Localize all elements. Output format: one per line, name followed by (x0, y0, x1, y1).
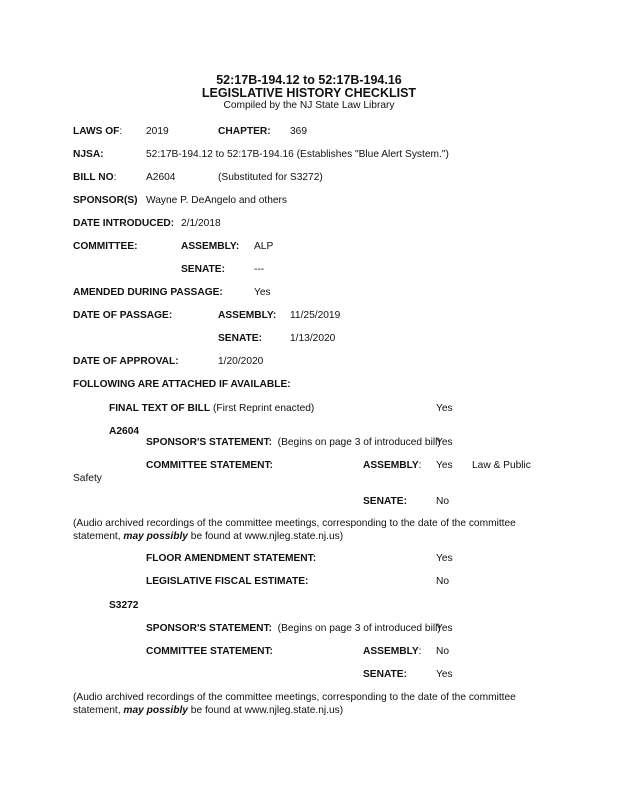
a2604-floor-amendment-label: FLOOR AMENDMENT STATEMENT: (146, 553, 316, 564)
committee-assembly-value: ALP (254, 241, 273, 252)
a2604-committee-senate-value: No (436, 496, 449, 507)
passage-assembly-value: 11/25/2019 (290, 310, 340, 321)
a2604-committee-assembly-value: Yes (436, 460, 453, 471)
passage-senate-value: 1/13/2020 (290, 333, 335, 344)
passage-assembly-label: ASSEMBLY: (218, 310, 276, 321)
attached-heading: FOLLOWING ARE ATTACHED IF AVAILABLE: (73, 379, 291, 390)
njsa-label: NJSA: (73, 149, 104, 160)
date-of-passage-label: DATE OF PASSAGE: (73, 310, 172, 321)
date-of-approval-label: DATE OF APPROVAL: (73, 356, 179, 367)
date-of-approval-value: 1/20/2020 (218, 356, 263, 367)
committee-senate-label: SENATE: (181, 264, 225, 275)
s3272-committee-statement-label: COMMITTEE STATEMENT: (146, 646, 273, 657)
s3272-committee-senate-value: Yes (436, 669, 453, 680)
committee-label: COMMITTEE: (73, 241, 138, 252)
njsa-value: 52:17B-194.12 to 52:17B-194.16 (Establis… (146, 149, 449, 160)
sponsors-value: Wayne P. DeAngelo and others (146, 195, 287, 206)
committee-assembly-label: ASSEMBLY: (181, 241, 239, 252)
chapter-label: CHAPTER: (218, 126, 271, 137)
chapter-value: 369 (290, 126, 307, 137)
bill-no-value: A2604 (146, 172, 175, 183)
date-introduced-label: DATE INTRODUCED: (73, 218, 174, 229)
a2604-committee-name: Law & Public (472, 460, 531, 471)
a2604-committee-name-wrap: Safety (73, 473, 102, 484)
date-introduced-value: 2/1/2018 (181, 218, 221, 229)
bill-a2604-heading: A2604 (109, 426, 139, 437)
a2604-committee-assembly-label: ASSEMBLY: (363, 460, 422, 471)
a2604-committee-statement-label: COMMITTEE STATEMENT: (146, 460, 273, 471)
bill-no-note: (Substituted for S3272) (218, 172, 323, 183)
bill-no-label: BILL NO: (73, 172, 116, 183)
document-subtitle: LEGISLATIVE HISTORY CHECKLIST (0, 86, 618, 100)
amended-value: Yes (254, 287, 271, 298)
s3272-sponsor-statement-value: Yes (436, 623, 453, 634)
amended-label: AMENDED DURING PASSAGE: (73, 287, 223, 298)
a2604-sponsor-statement-label: SPONSOR'S STATEMENT: (Begins on page 3 o… (146, 437, 441, 448)
final-text-label: FINAL TEXT OF BILL (First Reprint enacte… (109, 403, 314, 414)
s3272-sponsor-statement-label: SPONSOR'S STATEMENT: (Begins on page 3 o… (146, 623, 441, 634)
document-title: 52:17B-194.12 to 52:17B-194.16 (0, 73, 618, 87)
a2604-floor-amendment-value: Yes (436, 553, 453, 564)
compiled-by: Compiled by the NJ State Law Library (0, 100, 618, 111)
a2604-committee-senate-label: SENATE: (363, 496, 407, 507)
s3272-committee-assembly-value: No (436, 646, 449, 657)
sponsors-label: SPONSOR(S) (73, 195, 138, 206)
laws-of-label: LAWS OF: (73, 126, 122, 137)
a2604-fiscal-estimate-value: No (436, 576, 449, 587)
committee-senate-value: --- (254, 264, 264, 275)
s3272-audio-note: (Audio archived recordings of the commit… (73, 692, 543, 717)
a2604-fiscal-estimate-label: LEGISLATIVE FISCAL ESTIMATE: (146, 576, 308, 587)
final-text-value: Yes (436, 403, 453, 414)
s3272-committee-assembly-label: ASSEMBLY: (363, 646, 422, 657)
bill-s3272-heading: S3272 (109, 600, 138, 611)
s3272-committee-senate-label: SENATE: (363, 669, 407, 680)
a2604-sponsor-statement-value: Yes (436, 437, 453, 448)
a2604-audio-note: (Audio archived recordings of the commit… (73, 518, 543, 543)
passage-senate-label: SENATE: (218, 333, 262, 344)
laws-of-value: 2019 (146, 126, 169, 137)
